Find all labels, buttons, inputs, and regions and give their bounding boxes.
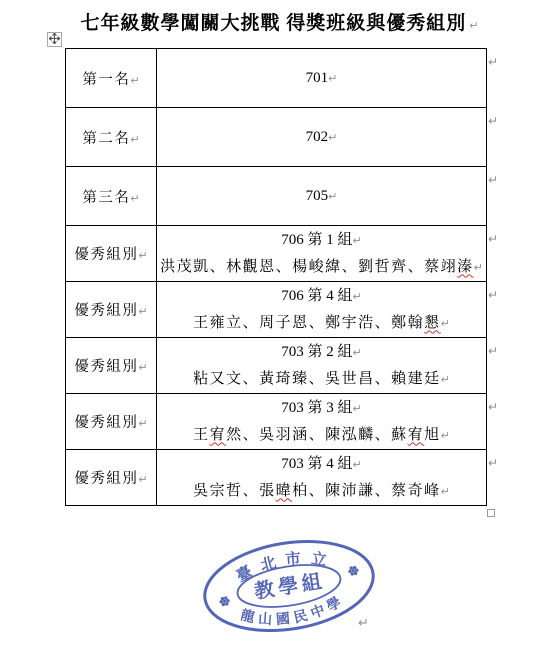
awards-table-body: 第一名↵701↵第二名↵702↵第三名↵705↵優秀組別↵706 第 1 組↵洪… <box>66 49 487 506</box>
table-move-handle[interactable] <box>47 32 62 47</box>
cell-end-mark: ↵ <box>441 373 450 386</box>
rank-cell[interactable]: 第一名↵ <box>66 49 157 108</box>
result-class-line: 705↵ <box>157 188 486 205</box>
result-class-line: 703 第 2 組↵ <box>157 339 486 366</box>
cell-end-mark: ↵ <box>328 131 337 144</box>
result-cell[interactable]: 705↵ <box>157 167 487 226</box>
misspelled-text: 懇 <box>424 315 441 331</box>
cell-end-mark: ↵ <box>474 261 483 274</box>
rank-cell[interactable]: 優秀組別↵ <box>66 282 157 338</box>
row-end-mark: ↵ <box>488 456 498 470</box>
result-cell[interactable]: 703 第 2 組↵粘又文、黃琦臻、吳世昌、賴建廷↵ <box>157 338 487 394</box>
rank-label: 第二名 <box>82 131 130 147</box>
page-title-text: 七年級數學闖關大挑戰 得獎班級與優秀組別 <box>81 13 467 34</box>
text-segment: 吳宗哲、張 <box>193 483 276 499</box>
cell-end-mark: ↵ <box>328 72 337 85</box>
row-end-mark: ↵ <box>488 344 498 358</box>
rank-label: 第一名 <box>82 72 130 88</box>
rank-label: 優秀組別 <box>74 471 138 487</box>
result-class-line: 703 第 4 組↵ <box>157 451 486 478</box>
cell-end-mark: ↵ <box>130 74 139 87</box>
cell-end-mark: ↵ <box>328 190 337 203</box>
result-class-line: 702↵ <box>157 129 486 146</box>
text-segment: 703 第 2 組 <box>281 344 352 360</box>
cell-end-mark: ↵ <box>353 402 362 415</box>
result-names-line: 王宥然、吳羽涵、陳泓麟、蘇宥旭↵ <box>157 422 486 449</box>
misspelled-text: 宥 <box>210 427 227 443</box>
paragraph-mark: ↵ <box>358 616 369 631</box>
result-cell[interactable]: 706 第 4 組↵王雍立、周子恩、鄭宇浩、鄭翰懇↵ <box>157 282 487 338</box>
result-cell[interactable]: 703 第 3 組↵王宥然、吳羽涵、陳泓麟、蘇宥旭↵ <box>157 394 487 450</box>
misspelled-text: 溱 <box>457 259 474 275</box>
result-names-line: 粘又文、黃琦臻、吳世昌、賴建廷↵ <box>157 366 486 393</box>
row-end-mark: ↵ <box>488 173 498 187</box>
rank-label: 第三名 <box>82 190 130 206</box>
text-segment: 粘又文、黃琦臻、吳世昌、賴建廷 <box>193 371 441 387</box>
rank-cell[interactable]: 第三名↵ <box>66 167 157 226</box>
text-segment: 王 <box>193 427 210 443</box>
row-end-mark: ↵ <box>488 400 498 414</box>
cell-end-mark: ↵ <box>138 361 147 374</box>
text-segment: 洪茂凱、林觀恩、楊峻緯、劉哲齊、蔡翊 <box>160 259 457 275</box>
rank-cell[interactable]: 優秀組別↵ <box>66 338 157 394</box>
table-row: 第三名↵705↵ <box>66 167 487 226</box>
table-row: 優秀組別↵703 第 4 組↵吳宗哲、張暐柏、陳沛謙、蔡奇峰↵ <box>66 450 487 506</box>
paragraph-mark: ↵ <box>469 19 478 32</box>
result-class-line: 706 第 1 組↵ <box>157 227 486 254</box>
result-names-line: 王雍立、周子恩、鄭宇浩、鄭翰懇↵ <box>157 310 486 337</box>
misspelled-text: 暐 <box>276 483 293 499</box>
row-end-mark: ↵ <box>488 114 498 128</box>
row-end-mark: ↵ <box>488 55 498 69</box>
result-names-line: 吳宗哲、張暐柏、陳沛謙、蔡奇峰↵ <box>157 478 486 505</box>
result-class-line: 706 第 4 組↵ <box>157 283 486 310</box>
cell-end-mark: ↵ <box>353 290 362 303</box>
cell-end-mark: ↵ <box>138 249 147 262</box>
result-cell[interactable]: 701↵ <box>157 49 487 108</box>
cell-end-mark: ↵ <box>441 429 450 442</box>
flower-ornament-left <box>219 596 231 607</box>
move-arrows-icon <box>49 31 60 49</box>
awards-table: 第一名↵701↵第二名↵702↵第三名↵705↵優秀組別↵706 第 1 組↵洪… <box>65 48 487 506</box>
result-class-line: 703 第 3 組↵ <box>157 395 486 422</box>
school-stamp: 臺北市立 龍山國民中學 教學組 <box>195 536 383 636</box>
rank-cell[interactable]: 優秀組別↵ <box>66 226 157 282</box>
result-cell[interactable]: 702↵ <box>157 108 487 167</box>
table-row: 優秀組別↵703 第 2 組↵粘又文、黃琦臻、吳世昌、賴建廷↵ <box>66 338 487 394</box>
text-segment: 705 <box>306 188 329 204</box>
text-segment: 703 第 3 組 <box>281 400 352 416</box>
rank-cell[interactable]: 優秀組別↵ <box>66 450 157 506</box>
rank-cell[interactable]: 優秀組別↵ <box>66 394 157 450</box>
table-row: 優秀組別↵703 第 3 組↵王宥然、吳羽涵、陳泓麟、蘇宥旭↵ <box>66 394 487 450</box>
stamp-texts: 臺北市立 龍山國民中學 教學組 <box>213 539 366 636</box>
cell-end-mark: ↵ <box>353 234 362 247</box>
misspelled-text: 宥 <box>408 427 425 443</box>
cell-end-mark: ↵ <box>441 485 450 498</box>
cell-end-mark: ↵ <box>130 133 139 146</box>
table-row: 優秀組別↵706 第 4 組↵王雍立、周子恩、鄭宇浩、鄭翰懇↵ <box>66 282 487 338</box>
row-end-mark: ↵ <box>488 232 498 246</box>
table-row: 優秀組別↵706 第 1 組↵洪茂凱、林觀恩、楊峻緯、劉哲齊、蔡翊溱↵ <box>66 226 487 282</box>
text-segment: 706 第 4 組 <box>281 288 352 304</box>
cell-end-mark: ↵ <box>353 458 362 471</box>
table-row: 第一名↵701↵ <box>66 49 487 108</box>
text-segment: 706 第 1 組 <box>281 232 352 248</box>
document-page: 七年級數學闖關大挑戰 得獎班級與優秀組別↵ 第一名↵701↵第二名↵702↵第三… <box>0 0 559 646</box>
rank-label: 優秀組別 <box>74 247 138 263</box>
text-segment: 701 <box>306 70 329 86</box>
result-cell[interactable]: 703 第 4 組↵吳宗哲、張暐柏、陳沛謙、蔡奇峰↵ <box>157 450 487 506</box>
end-anchor-square <box>487 509 495 517</box>
rank-label: 優秀組別 <box>74 415 138 431</box>
rank-label: 優秀組別 <box>74 303 138 319</box>
result-cell[interactable]: 706 第 1 組↵洪茂凱、林觀恩、楊峻緯、劉哲齊、蔡翊溱↵ <box>157 226 487 282</box>
row-end-mark: ↵ <box>488 288 498 302</box>
text-segment: 然、吳羽涵、陳泓麟、蘇 <box>226 427 408 443</box>
cell-end-mark: ↵ <box>138 473 147 486</box>
text-segment: 702 <box>306 129 329 145</box>
table-row: 第二名↵702↵ <box>66 108 487 167</box>
text-segment: 柏、陳沛謙、蔡奇峰 <box>292 483 441 499</box>
cell-end-mark: ↵ <box>130 192 139 205</box>
text-segment: 703 第 4 組 <box>281 456 352 472</box>
text-segment: 旭 <box>424 427 441 443</box>
rank-cell[interactable]: 第二名↵ <box>66 108 157 167</box>
result-names-line: 洪茂凱、林觀恩、楊峻緯、劉哲齊、蔡翊溱↵ <box>157 254 486 281</box>
flower-ornament-right <box>348 565 360 576</box>
text-segment: 王雍立、周子恩、鄭宇浩、鄭翰 <box>193 315 424 331</box>
cell-end-mark: ↵ <box>441 317 450 330</box>
rank-label: 優秀組別 <box>74 359 138 375</box>
cell-end-mark: ↵ <box>138 417 147 430</box>
cell-end-mark: ↵ <box>138 305 147 318</box>
page-title: 七年級數學闖關大挑戰 得獎班級與優秀組別↵ <box>0 8 559 35</box>
result-class-line: 701↵ <box>157 70 486 87</box>
cell-end-mark: ↵ <box>353 346 362 359</box>
